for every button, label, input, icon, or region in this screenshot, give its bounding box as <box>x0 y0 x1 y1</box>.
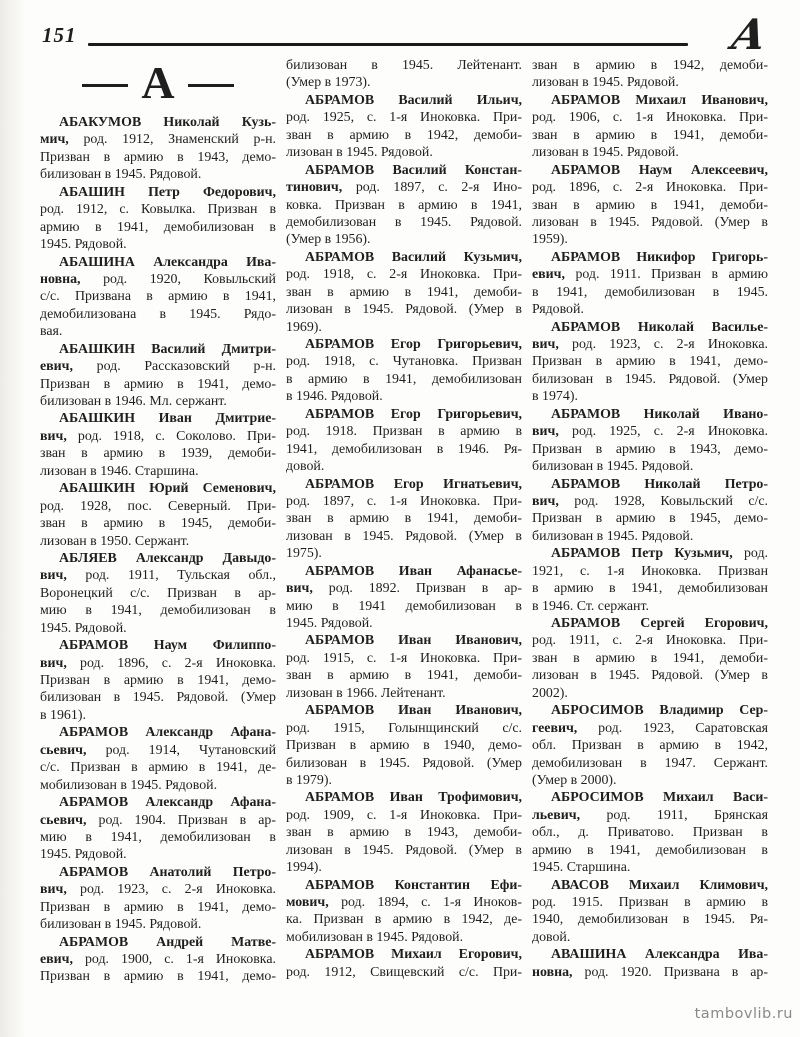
entry-line: АБРАМОВ Михаил Егорович, <box>286 946 522 963</box>
entry-line: род. 1918, с. Чутановка. Призван <box>286 353 522 370</box>
entry-line: вич, род. 1925, с. 2-я Иноковка. <box>532 423 768 440</box>
entry-line: 1969). <box>286 319 522 336</box>
entry-line: зван в армию в 1939, демоби- <box>40 445 276 462</box>
entry-line: (Умер в 1956). <box>286 231 522 248</box>
watermark: tambovlib.ru <box>695 1006 793 1022</box>
entry-line: в 1941, демобилизован в 1945. <box>532 284 768 301</box>
entry-line: довой. <box>532 929 768 946</box>
entry-line: АБРАМОВ Иван Афанасье- <box>286 563 522 580</box>
entry-line: АБРАМОВ Василий Ильич, <box>286 92 522 109</box>
column-left: А АБАКУМОВ Николай Кузь-мич, род. 1912, … <box>40 57 276 986</box>
entry-line: лизован в 1966. Лейтенант. <box>286 685 522 702</box>
entry-line: АБАШКИН Иван Дмитрие- <box>40 410 276 427</box>
entry-line: вич, род. 1923, с. 2-я Иноковка. <box>532 336 768 353</box>
entry-line: вич, род. 1892. Призван в ар- <box>286 580 522 597</box>
entry-line: с/с. Призван в армию в 1941, де- <box>40 759 276 776</box>
entry-line: Призван в армию в 1943, демо- <box>40 149 276 166</box>
entry-line: мию в 1941, демобилизован в <box>40 829 276 846</box>
entry-line: зван в армию в 1941, демоби- <box>532 197 768 214</box>
entry-line: АБРАМОВ Михаил Иванович, <box>532 92 768 109</box>
entry-line: 1945. Рядовой. <box>40 846 276 863</box>
entry-line: АБРАМОВ Иван Иванович, <box>286 632 522 649</box>
entry-line: Воронецкий с/с. Призван в ар- <box>40 585 276 602</box>
entry-line: мобилизован в 1945. Рядовой. <box>286 929 522 946</box>
entry-line: Призван в армию в 1941, демо- <box>40 899 276 916</box>
entry-line: в 1946. Ст. сержант. <box>532 598 768 615</box>
entry-line: вич, род. 1928, Ковыльский с/с. <box>532 493 768 510</box>
entry-line: зван в армию в 1941, демоби- <box>286 510 522 527</box>
entry-line: лизован в 1950. Сержант. <box>40 533 276 550</box>
entry-line: мович, род. 1894, с. 1-я Иноков- <box>286 894 522 911</box>
entry-line: сьевич, род. 1904. Призван в ар- <box>40 812 276 829</box>
entry-line: билизован в 1945. Рядовой. <box>532 458 768 475</box>
entry-line: вич, род. 1923, с. 2-я Иноковка. <box>40 881 276 898</box>
entry-line: в 1974). <box>532 388 768 405</box>
entry-line: лизован в 1945. Рядовой. <box>532 144 768 161</box>
entry-line: лизован в 1945. Рядовой. (Умер в <box>532 667 768 684</box>
entry-line: довой. <box>286 458 522 475</box>
entry-line: демобилизован в 1947. Сержант. <box>532 755 768 772</box>
entry-line: АБРАМОВ Наум Филиппо- <box>40 637 276 654</box>
entry-line: АБАКУМОВ Николай Кузь- <box>40 114 276 131</box>
entry-line: евич, род. 1911. Призван в армию <box>532 266 768 283</box>
entry-line: 1959). <box>532 231 768 248</box>
entry-line: АБАШИН Петр Федорович, <box>40 184 276 201</box>
entry-line: зван в армию в 1945, демоби- <box>40 515 276 532</box>
entry-line: мию в 1941, демобилизован в <box>40 602 276 619</box>
entry-line: 1994). <box>286 859 522 876</box>
entry-line: ковка. Призван в армию в 1941, <box>286 197 522 214</box>
entry-line: 1945. Старшина. <box>532 859 768 876</box>
entry-line: мию в 1941 демобилизован в <box>286 598 522 615</box>
entry-line: АБРАМОВ Егор Григорьевич, <box>286 336 522 353</box>
entry-line: АБРАМОВ Егор Григорьевич, <box>286 406 522 423</box>
entry-line: билизован в 1945. Рядовой. <box>40 916 276 933</box>
entry-line: АБРАМОВ Иван Трофимович, <box>286 789 522 806</box>
entry-line: АБРАМОВ Николай Ивано- <box>532 406 768 423</box>
entry-line: АБРАМОВ Анатолий Петро- <box>40 864 276 881</box>
entry-line: 1921, с. 1-я Иноковка. Призван <box>532 563 768 580</box>
entry-line: билизован в 1945. Рядовой. <box>532 528 768 545</box>
entry-line: с/с. Призвана в армию в 1941, <box>40 288 276 305</box>
column-middle: билизован в 1945. Лейтенант.(Умер в 1973… <box>286 57 522 986</box>
entry-line: АВАШИНА Александра Ива- <box>532 946 768 963</box>
entry-line: зван в армию в 1941, демоби- <box>532 650 768 667</box>
column-left-lines: АБАКУМОВ Николай Кузь-мич, род. 1912, Зн… <box>40 114 276 986</box>
entry-line: АБРОСИМОВ Михаил Васи- <box>532 789 768 806</box>
entry-line: 2002). <box>532 685 768 702</box>
entry-line: род. 1909, с. 1-я Иноковка. При- <box>286 807 522 824</box>
entry-line: род. 1918. Призван в армию в <box>286 423 522 440</box>
entry-line: евич, род. Рассказовский р-н. <box>40 358 276 375</box>
entry-line: род. 1896, с. 2-я Иноковка. При- <box>532 179 768 196</box>
entry-line: Рядовой. <box>532 301 768 318</box>
entry-line: вич, род. 1896, с. 2-я Иноковка. <box>40 655 276 672</box>
entry-line: зван в армию в 1941, демоби- <box>532 127 768 144</box>
entry-line: АБРАМОВ Александр Афана- <box>40 794 276 811</box>
scanned-book-page: 151 А А АБАКУМОВ Николай Кузь-мич, род. … <box>0 0 800 1037</box>
entry-line: мобилизован в 1945. Рядовой. <box>40 777 276 794</box>
entry-line: зван в армию в 1942, демоби- <box>532 57 768 74</box>
entry-line: 1941, демобилизован в 1946. Ря- <box>286 441 522 458</box>
entry-line: армию в 1941, демобилизован в <box>40 219 276 236</box>
entry-line: (Умер в 2000). <box>532 772 768 789</box>
column-right-lines: зван в армию в 1942, демоби-лизован в 19… <box>532 57 768 981</box>
entry-line: вая. <box>40 323 276 340</box>
dash-right <box>188 84 234 88</box>
entry-line: род. 1906, с. 1-я Иноковка. При- <box>532 109 768 126</box>
entry-line: род. 1911, с. 2-я Иноковка. При- <box>532 632 768 649</box>
entry-line: в 1946. Рядовой. <box>286 388 522 405</box>
entry-line: Призван в армию в 1941, демо- <box>40 672 276 689</box>
entry-line: род. 1912, с. Ковылка. Призван в <box>40 201 276 218</box>
entry-line: зван в армию в 1942, демоби- <box>286 127 522 144</box>
entry-line: АБРАМОВ Егор Игнатьевич, <box>286 476 522 493</box>
entry-line: в 1979). <box>286 772 522 789</box>
entry-line: новна, род. 1920, Ковыльский <box>40 271 276 288</box>
entry-line: АБРАМОВ Василий Кузьмич, <box>286 249 522 266</box>
entry-line: евич, род. 1900, с. 1-я Иноковка. <box>40 951 276 968</box>
entry-line: сьевич, род. 1914, Чутановский <box>40 742 276 759</box>
entry-line: ка. Призван в армию в 1942, де- <box>286 911 522 928</box>
entry-line: АБАШКИН Василий Дмитри- <box>40 341 276 358</box>
entry-line: род. 1915, с. 1-я Иноковка. При- <box>286 650 522 667</box>
entry-line: 1945. Рядовой. <box>40 236 276 253</box>
entry-line: геевич, род. 1923, Саратовская <box>532 720 768 737</box>
section-heading: А <box>40 57 276 114</box>
entry-line: АБРАМОВ Наум Алексеевич, <box>532 162 768 179</box>
entry-line: АБАШИНА Александра Ива- <box>40 254 276 271</box>
entry-line: зван в армию в 1941, демоби- <box>286 284 522 301</box>
entry-line: обл., д. Приватово. Призван в <box>532 824 768 841</box>
entry-line: в армию в 1941, демобилизован <box>286 371 522 388</box>
entry-line: род. 1915. Призван в армию в <box>532 894 768 911</box>
column-right: зван в армию в 1942, демоби-лизован в 19… <box>532 57 768 986</box>
entry-line: Призван в армию в 1945, демо- <box>532 510 768 527</box>
entry-line: АБРАМОВ Петр Кузьмич, род. <box>532 545 768 562</box>
entry-line: АБАШКИН Юрий Семенович, <box>40 480 276 497</box>
section-letter: А <box>141 62 174 103</box>
entry-line: зван в армию в 1941, демоби- <box>286 667 522 684</box>
entry-line: обл. Призван в армию в 1942, <box>532 737 768 754</box>
entry-line: вич, род. 1911, Тульская обл., <box>40 567 276 584</box>
entry-line: лизован в 1945. Рядовой. <box>286 144 522 161</box>
entry-line: АБРАМОВ Александр Афана- <box>40 724 276 741</box>
entry-line: АБРОСИМОВ Владимир Сер- <box>532 702 768 719</box>
entry-line: лизован в 1945. Рядовой. (Умер в <box>286 842 522 859</box>
header-rule <box>88 43 688 46</box>
entry-line: АБРАМОВ Сергей Егорович, <box>532 615 768 632</box>
column-middle-lines: билизован в 1945. Лейтенант.(Умер в 1973… <box>286 57 522 981</box>
entry-line: 1945. Рядовой. <box>40 620 276 637</box>
entry-line: АБРАМОВ Никифор Григорь- <box>532 249 768 266</box>
entry-line: Призван в армию в 1940, демо- <box>286 737 522 754</box>
entry-line: 1945. Рядовой. <box>286 615 522 632</box>
entry-line: зван в армию в 1943, демоби- <box>286 824 522 841</box>
entry-line: Призван в армию в 1941, демо- <box>532 353 768 370</box>
entry-line: билизован в 1945. Рядовой. (Умер <box>40 689 276 706</box>
entry-line: род. 1928, пос. Северный. При- <box>40 498 276 515</box>
entry-line: (Умер в 1973). <box>286 74 522 91</box>
entry-line: 1975). <box>286 545 522 562</box>
entry-line: АБРАМОВ Иван Иванович, <box>286 702 522 719</box>
entry-line: билизован в 1945. Рядовой. <box>40 166 276 183</box>
entry-line: в армию в 1941, демобилизован <box>532 580 768 597</box>
entry-line: билизован в 1945. Рядовой. (Умер <box>286 755 522 772</box>
entry-line: вич, род. 1918, с. Соколово. При- <box>40 428 276 445</box>
page-number: 151 <box>42 23 77 48</box>
entry-line: АБЛЯЕВ Александр Давыдо- <box>40 550 276 567</box>
entry-line: АБРАМОВ Константин Ефи- <box>286 877 522 894</box>
entry-line: АБРАМОВ Андрей Матве- <box>40 934 276 951</box>
entry-line: род. 1918, с. 2-я Иноковка. При- <box>286 266 522 283</box>
dash-left <box>82 84 128 88</box>
entry-line: лизован в 1945. Рядовой. <box>532 74 768 91</box>
entry-line: АБРАМОВ Василий Констан- <box>286 162 522 179</box>
entry-line: билизован в 1946. Мл. сержант. <box>40 393 276 410</box>
entry-line: 1940, демобилизован в 1945. Ря- <box>532 911 768 928</box>
entry-line: род. 1925, с. 1-я Иноковка. При- <box>286 109 522 126</box>
entry-line: АБРАМОВ Николай Василье- <box>532 319 768 336</box>
entry-line: демобилизован в 1945. Рядовой. <box>286 214 522 231</box>
entry-line: лизован в 1945. Рядовой. (Умер в <box>286 528 522 545</box>
entry-line: АВАСОВ Михаил Климович, <box>532 877 768 894</box>
entry-line: Призван в армию в 1943, демо- <box>532 441 768 458</box>
entry-line: Призван в армию в 1941, демо- <box>40 968 276 985</box>
entry-line: демобилизована в 1945. Рядо- <box>40 306 276 323</box>
text-columns: А АБАКУМОВ Николай Кузь-мич, род. 1912, … <box>40 57 768 986</box>
entry-line: тинович, род. 1897, с. 2-я Ино- <box>286 179 522 196</box>
entry-line: род. 1897, с. 1-я Иноковка. При- <box>286 493 522 510</box>
entry-line: лизован в 1945. Рядовой. (Умер в <box>532 214 768 231</box>
entry-line: билизован в 1945. Лейтенант. <box>286 57 522 74</box>
entry-line: лизован в 1946. Старшина. <box>40 463 276 480</box>
entry-line: билизован в 1945. Рядовой. (Умер <box>532 371 768 388</box>
entry-line: в 1961). <box>40 707 276 724</box>
entry-line: новна, род. 1920. Призвана в ар- <box>532 964 768 981</box>
entry-line: род. 1912, Свищевский с/с. При- <box>286 964 522 981</box>
entry-line: АБРАМОВ Николай Петро- <box>532 476 768 493</box>
entry-line: мич, род. 1912, Знаменский р-н. <box>40 131 276 148</box>
entry-line: Призван в армию в 1941, демо- <box>40 376 276 393</box>
entry-line: лизован в 1945. Рядовой. (Умер в <box>286 301 522 318</box>
entry-line: армию в 1941, демобилизован в <box>532 842 768 859</box>
entry-line: род. 1915, Голынщинский с/с. <box>286 720 522 737</box>
ornate-letter: А <box>727 10 770 59</box>
entry-line: льевич, род. 1911, Брянская <box>532 807 768 824</box>
